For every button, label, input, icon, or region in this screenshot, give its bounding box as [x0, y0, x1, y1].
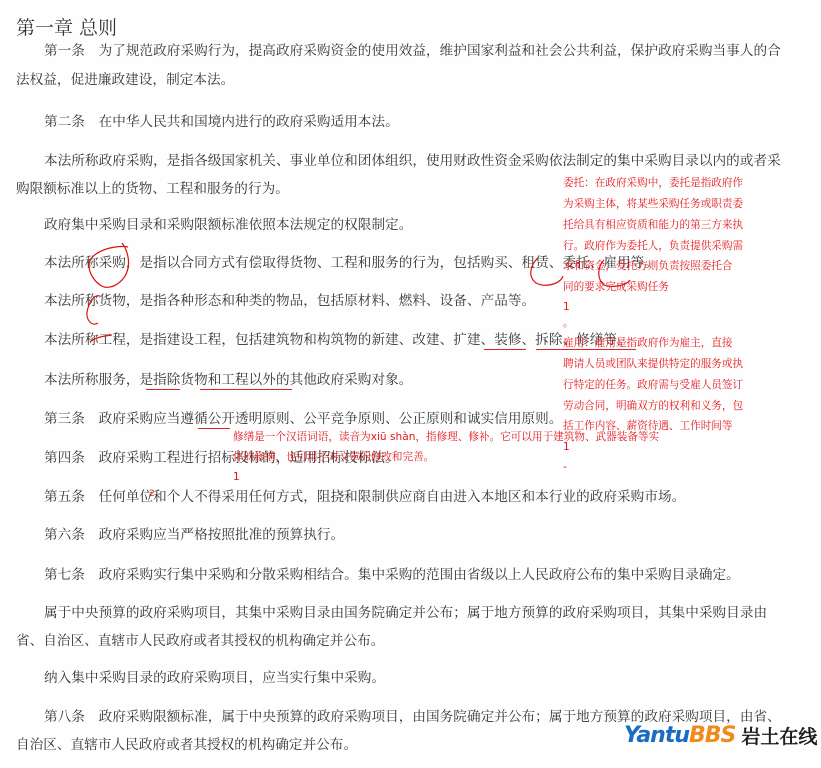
paragraph-article-7: 第七条 政府采购实行集中采购和分散采购相结合。集中采购的范围由省级以上人民政府公…	[44, 561, 740, 590]
paragraph-services-def: 本法所称服务，是指除货物和工程以外的其他政府采购对象。	[44, 366, 412, 395]
paragraph-article-1-line-1: 第一条 为了规范政府采购行为，提高政府采购资金的使用效益，维护国家利益和社会公共…	[44, 37, 781, 66]
paragraph-goods-def: 本法所称货物，是指各种形态和种类的物品，包括原材料、燃料、设备、产品等。	[44, 287, 535, 316]
underline-gongkai-touming	[198, 428, 230, 429]
underline-kuojian	[484, 349, 526, 350]
annotation-guyong-line-4: 劳动合同，明确双方的权利和义务，包	[563, 396, 743, 417]
paragraph-central-budget-line-2: 省、自治区、直辖市人民政府或者其授权的机构确定并公布。	[16, 627, 384, 656]
paragraph-article-5: 第五条 任何单位和个人不得采用任何方式，阻挠和限制供应商自由进入本地区和本行业的…	[44, 483, 685, 512]
watermark-chinese: 岩土在线	[741, 722, 817, 749]
stray-mark: 2	[149, 484, 155, 505]
annotation-xiushan-line-2: 体的修缮，也可用于对文章的修改和完善。	[233, 447, 434, 468]
annotation-guyong-line-1: 雇用：雇用是指政府作为雇主，直接	[563, 333, 733, 354]
annotation-weituo-line-1: 委托：在政府采购中，委托是指政府作	[563, 173, 743, 194]
annotation-weituo-mark: 。	[563, 313, 574, 334]
paragraph-procurement-def-line-1: 本法所称政府采购，是指各级国家机关、事业单位和团体组织，使用财政性资金采购依法制…	[44, 147, 781, 176]
paragraph-article-6: 第六条 政府采购应当严格按照批准的预算执行。	[44, 521, 344, 550]
annotation-weituo-line-6: 同的要求完成采购任务	[563, 277, 669, 298]
annotation-weituo-line-4: 行。政府作为委托人，负责提供采购需	[563, 236, 743, 257]
document-page: 第一章 总则 第一条 为了规范政府采购行为，提高政府采购资金的使用效益，维护国家…	[0, 0, 821, 768]
chapter-title: 第一章 总则	[16, 13, 117, 40]
paragraph-central-budget-line-1: 属于中央预算的政府采购项目，其集中采购目录由国务院确定并公布；属于地方预算的政府…	[44, 599, 767, 628]
paragraph-procurement-def-line-2: 购限额标准以上的货物、工程和服务的行为。	[16, 175, 289, 204]
annotation-guyong-mark: -	[563, 457, 567, 478]
paragraph-centralized-catalog: 纳入集中采购目录的政府采购项目，应当实行集中采购。	[44, 664, 385, 693]
annotation-guyong-line-2: 聘请人员或团队来提供特定的服务或执	[563, 354, 743, 375]
paragraph-article-1-line-2: 法权益，促进廉政建设，制定本法。	[16, 66, 234, 95]
watermark-latin-a: Yantu	[624, 723, 689, 748]
paragraph-article-2: 第二条 在中华人民共和国境内进行的政府采购适用本法。	[44, 108, 399, 137]
underline-zhichu	[146, 389, 180, 390]
paragraph-article-8-line-2: 自治区、直辖市人民政府或者其授权的机构确定并公布。	[16, 731, 357, 760]
annotation-guyong-line-3: 行特定的任务。政府需与受雇人员签订	[563, 375, 743, 396]
paragraph-works-def: 本法所称工程，是指建设工程，包括建筑物和构筑物的新建、改建、扩建、装修、拆除、修…	[44, 326, 631, 355]
underline-chaichu	[536, 349, 636, 350]
annotation-weituo-line-2: 为采购主体，将某些采购任务或职责委	[563, 194, 743, 215]
annotation-xiushan-footnote: 1	[233, 467, 240, 488]
paragraph-catalog: 政府集中采购目录和采购限额标准依照本法规定的权限制定。	[44, 211, 412, 240]
watermark-logo: Yantu BBS 岩土在线	[624, 722, 817, 749]
annotation-weituo-line-5: 求和资金，受托方则负责按照委托合	[563, 256, 733, 277]
annotation-xiushan-line-1: 修缮是一个汉语词语，读音为xiū shàn，指修理、修补。它可以用于建筑物、武器…	[233, 427, 659, 448]
watermark-latin-b: BBS	[689, 723, 735, 748]
underline-gongcheng-yiwai	[200, 389, 292, 390]
annotation-weituo-line-3: 托给具有相应资质和能力的第三方来执	[563, 215, 743, 236]
